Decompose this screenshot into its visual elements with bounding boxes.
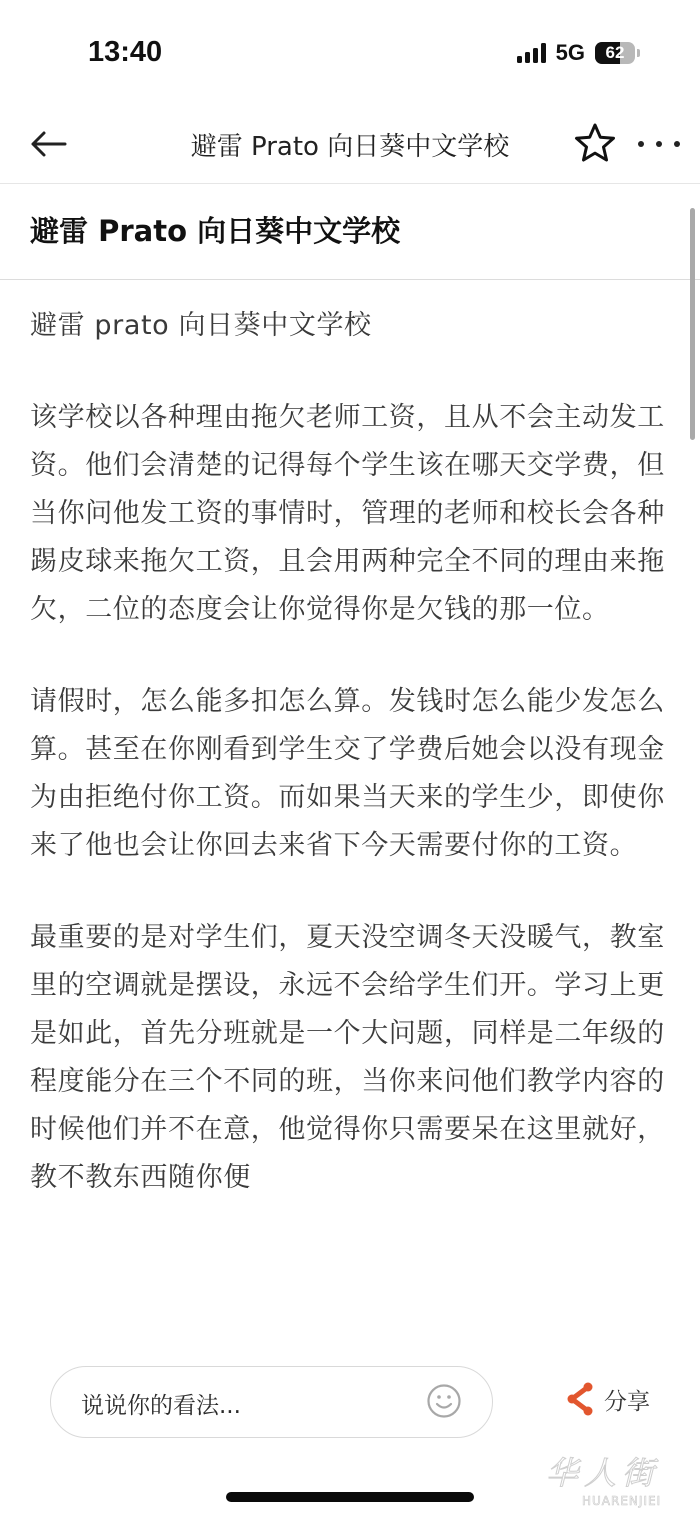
scrollbar[interactable]	[690, 208, 695, 440]
smiley-icon	[426, 1383, 462, 1419]
more-dots-icon	[638, 141, 644, 147]
status-indicators: 5G 62	[517, 40, 640, 66]
network-type: 5G	[556, 40, 585, 66]
status-time: 13:40	[88, 36, 162, 69]
battery-icon: 62	[595, 42, 635, 64]
watermark: 华人街 HUARENJIEI	[546, 1448, 696, 1512]
emoji-button[interactable]	[426, 1383, 462, 1419]
watermark-cn: 华人街	[546, 1448, 696, 1494]
post-paragraph: 避雷 prato 向日葵中文学校	[30, 302, 670, 350]
star-icon	[574, 122, 616, 164]
share-label: 分享	[604, 1383, 650, 1416]
post-paragraph: 最重要的是对学生们，夏天没空调冬天没暖气，教室里的空调就是摆设，永远不会给学生们…	[30, 914, 670, 1202]
post-body: 避雷 prato 向日葵中文学校 该学校以各种理由拖欠老师工资，且从不会主动发工…	[30, 280, 670, 1202]
content-fade	[0, 1318, 700, 1348]
post-title: 避雷 Prato 向日葵中文学校	[30, 209, 400, 250]
post-header: 避雷 Prato 向日葵中文学校	[0, 185, 700, 280]
battery-tip	[637, 49, 640, 57]
comment-input[interactable]: 说说你的看法...	[50, 1366, 493, 1438]
post-paragraph: 请假时，怎么能多扣怎么算。发钱时怎么能少发怎么算。甚至在你刚看到学生交了学费后她…	[30, 678, 670, 870]
share-icon	[566, 1382, 594, 1416]
post-paragraph: 该学校以各种理由拖欠老师工资，且从不会主动发工资。他们会清楚的记得每个学生该在哪…	[30, 394, 670, 634]
battery-level: 62	[595, 42, 635, 64]
status-bar: 13:40 5G 62	[0, 0, 700, 100]
favorite-button[interactable]	[574, 122, 616, 164]
comment-placeholder: 说说你的看法...	[81, 1387, 241, 1420]
home-indicator[interactable]	[226, 1492, 474, 1502]
nav-bar: 避雷 Prato 向日葵中文学校	[0, 100, 700, 184]
signal-icon	[517, 43, 546, 63]
watermark-en: HUARENJIEI	[582, 1494, 696, 1508]
more-button[interactable]	[638, 128, 680, 160]
share-button[interactable]: 分享	[566, 1382, 650, 1416]
